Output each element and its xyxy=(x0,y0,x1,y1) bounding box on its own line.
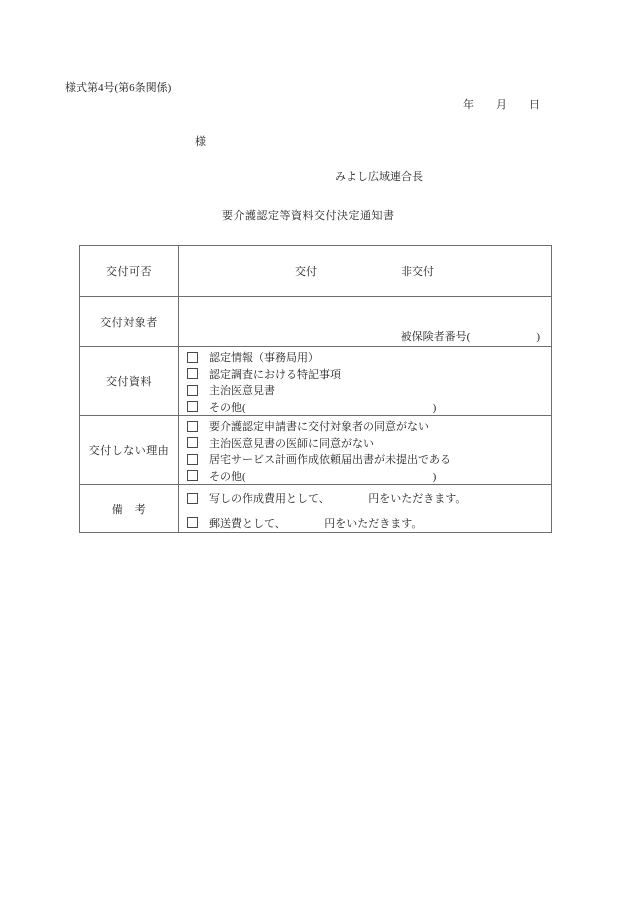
list-item: その他( ) xyxy=(187,468,551,485)
table-row-recipient: 交付対象者 被保険者番号( ) xyxy=(80,297,552,347)
row-label: 交付可否 xyxy=(80,246,179,297)
item-label: 主治医意見書 xyxy=(209,382,275,398)
document-title: 要介護認定等資料交付決定通知書 xyxy=(222,210,395,223)
table-row-reasons: 交付しない理由 要介護認定申請書に交付対象者の同意がない 主治医意見書の医師に同… xyxy=(80,416,552,485)
content-cell: 要介護認定申請書に交付対象者の同意がない 主治医意見書の医師に同意がない 居宅サ… xyxy=(179,416,552,485)
option-not-deliver: 非交付 xyxy=(401,263,434,279)
checkbox-icon xyxy=(187,385,198,396)
insured-number-note: 被保険者番号( ) xyxy=(401,328,540,344)
content-cell: 被保険者番号( ) xyxy=(179,297,552,347)
checkbox-icon xyxy=(187,352,198,363)
content-cell: 写しの作成費用として、 円をいただきます。 郵送費として、 円をいただきます。 xyxy=(179,485,552,533)
item-label: 主治医意見書の医師に同意がない xyxy=(209,435,374,451)
checkbox-icon xyxy=(187,517,198,528)
checkbox-icon xyxy=(187,421,198,432)
content-cell: 交付 非交付 xyxy=(179,246,552,297)
list-item: その他( ) xyxy=(187,399,551,416)
item-label: 認定調査における特記事項 xyxy=(209,366,341,382)
list-item: 要介護認定申請書に交付対象者の同意がない xyxy=(187,418,551,435)
document-page: 様式第4号(第6条関係) 年 月 日 様 みよし広域連合長 要介護認定等資料交付… xyxy=(0,0,630,903)
list-item: 居宅サービス計画作成依頼届出書が未提出である xyxy=(187,451,551,468)
checkbox-icon xyxy=(187,401,198,412)
item-label: 要介護認定申請書に交付対象者の同意がない xyxy=(209,418,429,434)
option-deliver: 交付 xyxy=(295,263,317,279)
item-label: 認定情報（事務局用） xyxy=(209,349,319,365)
item-label: 居宅サービス計画作成依頼届出書が未提出である xyxy=(209,451,451,467)
content-cell: 認定情報（事務局用） 認定調査における特記事項 主治医意見書 その他( ) xyxy=(179,347,552,416)
list-item: 写しの作成費用として、 円をいただきます。 xyxy=(187,490,551,507)
table-row-remarks: 備 考 写しの作成費用として、 円をいただきます。 郵送費として、 円をいただき… xyxy=(80,485,552,533)
date-line: 年 月 日 xyxy=(463,99,540,112)
form-number: 様式第4号(第6条関係) xyxy=(65,82,171,95)
checkbox-icon xyxy=(187,493,198,504)
checkbox-icon xyxy=(187,454,198,465)
table-row-delivery-decision: 交付可否 交付 非交付 xyxy=(80,246,552,297)
table-row-materials: 交付資料 認定情報（事務局用） 認定調査における特記事項 主治医意見書 その他(… xyxy=(80,347,552,416)
item-label: 郵送費として、 円をいただきます。 xyxy=(209,515,422,531)
list-item: 郵送費として、 円をいただきます。 xyxy=(187,515,551,532)
item-label: その他( ) xyxy=(209,399,436,415)
item-label: その他( ) xyxy=(209,468,436,484)
list-item: 主治医意見書の医師に同意がない xyxy=(187,435,551,452)
row-label: 交付しない理由 xyxy=(80,416,179,485)
notice-table: 交付可否 交付 非交付 交付対象者 被保険者番号( ) 交付資料 認定情報（事務… xyxy=(79,245,552,533)
checkbox-icon xyxy=(187,437,198,448)
checkbox-icon xyxy=(187,368,198,379)
row-label: 交付資料 xyxy=(80,347,179,416)
list-item: 主治医意見書 xyxy=(187,382,551,399)
row-label: 備 考 xyxy=(80,485,179,533)
list-item: 認定調査における特記事項 xyxy=(187,366,551,383)
list-item: 認定情報（事務局用） xyxy=(187,349,551,366)
item-label: 写しの作成費用として、 円をいただきます。 xyxy=(209,490,466,506)
issuer-name: みよし広域連合長 xyxy=(335,171,423,184)
row-label: 交付対象者 xyxy=(80,297,179,347)
checkbox-icon xyxy=(187,470,198,481)
addressee-suffix: 様 xyxy=(195,136,206,149)
